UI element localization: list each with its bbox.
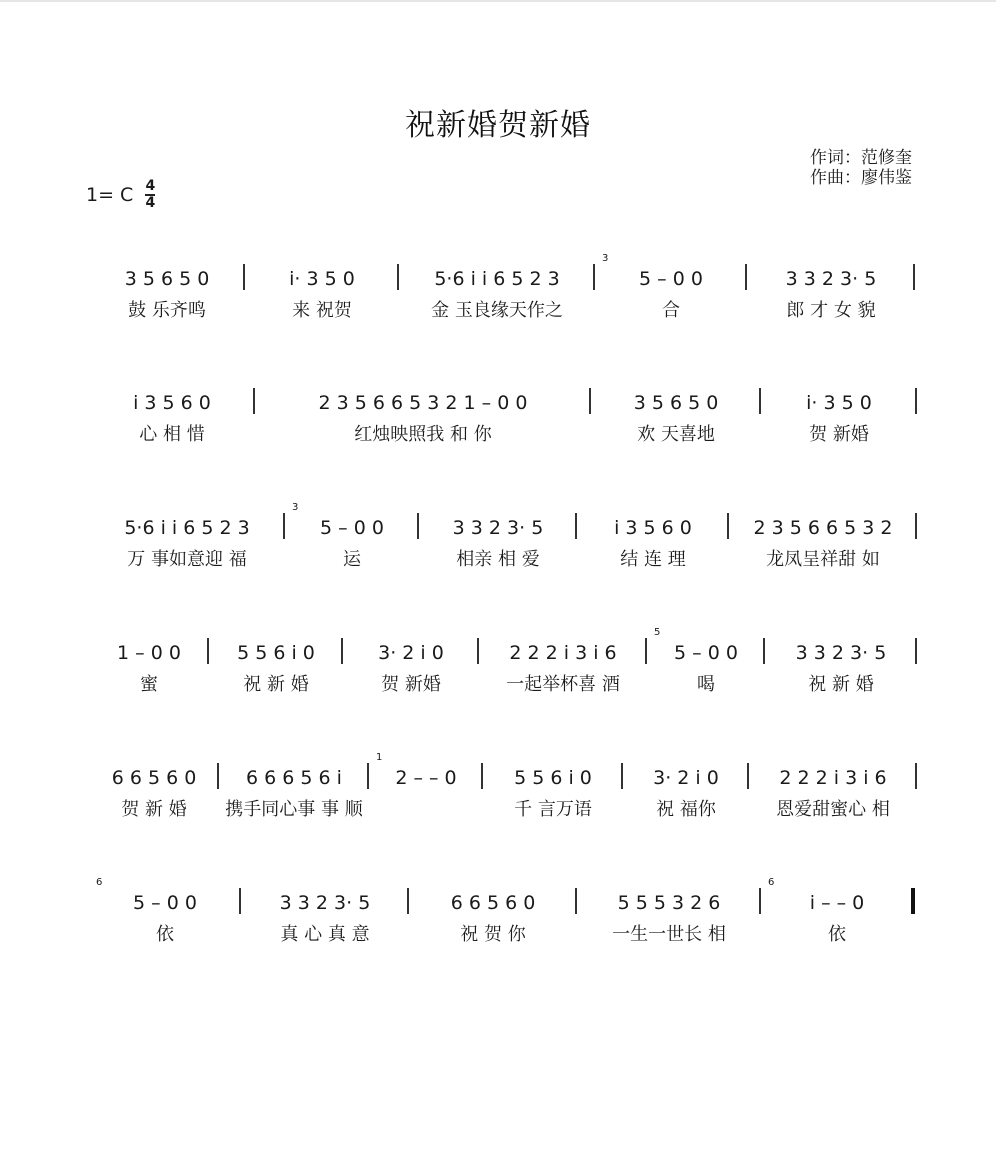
measure-notes: 5 5 6 i 0 <box>486 765 620 789</box>
top-border <box>0 0 996 2</box>
system-3: 5·6 i i 6 5 2 3万 事如意迎 福5 – 0 03运3 3 2 3·… <box>0 497 996 577</box>
measure-lyrics: 依 <box>92 920 238 944</box>
system-4: 1 – 0 0蜜5 5 6 i 0祝 新 婚3· 2 i 0贺 新婚2 2 2 … <box>0 622 996 702</box>
barline <box>763 638 765 664</box>
measure-lyrics <box>372 795 480 819</box>
barline <box>747 763 749 789</box>
measure-lyrics: 贺 新 婚 <box>92 795 216 819</box>
barline <box>621 763 623 789</box>
measure-notes: 5 – 0 0 <box>598 266 744 290</box>
measure-lyrics: 一起举杯喜 酒 <box>482 670 644 694</box>
measure-notes: 2 2 2 i 3 i 6 <box>752 765 914 789</box>
measure-notes: 2 3 5 6 6 5 3 2 <box>732 515 914 539</box>
measure-lyrics: 欢 天喜地 <box>594 420 758 444</box>
measure: 3 3 2 3· 5真 心 真 意 <box>244 872 406 952</box>
barline <box>253 388 255 414</box>
measure-notes: 3 3 2 3· 5 <box>244 890 406 914</box>
measure: 6 6 5 6 0祝 贺 你 <box>412 872 574 952</box>
measure-notes: 3 3 2 3· 5 <box>750 266 912 290</box>
barline <box>481 763 483 789</box>
measure-notes: 2 3 5 6 6 5 3 2 1 – 0 0 <box>258 390 588 414</box>
measure-lyrics: 贺 新婚 <box>346 670 476 694</box>
barline <box>645 638 647 664</box>
measure: 5 5 6 i 0祝 新 婚 <box>212 622 340 702</box>
measure-notes: 3· 2 i 0 <box>346 640 476 664</box>
measure-notes: 5·6 i i 6 5 2 3 <box>402 266 592 290</box>
barline <box>589 388 591 414</box>
barline <box>575 513 577 539</box>
measure: 3 5 6 5 0鼓 乐齐鸣 <box>92 248 242 328</box>
measure: 5 – 0 03合 <box>598 248 744 328</box>
measure-lyrics: 祝 福你 <box>626 795 746 819</box>
measure-lyrics: 金 玉良缘天作之 <box>402 296 592 320</box>
measure-notes: i 3 5 6 0 <box>92 390 252 414</box>
measure-lyrics: 红烛映照我 和 你 <box>258 420 588 444</box>
key-label: 1= C <box>86 184 133 206</box>
system-1: 3 5 6 5 0鼓 乐齐鸣i· 3 5 0来 祝贺5·6 i i 6 5 2 … <box>0 248 996 328</box>
measure-notes: 5 – 0 0 <box>288 515 416 539</box>
measure-lyrics: 相亲 相 爱 <box>422 545 574 569</box>
grace-note: 3 <box>602 254 608 264</box>
measure: 3· 2 i 0贺 新婚 <box>346 622 476 702</box>
lyricist-credit: 作词：范修奎 <box>810 148 912 168</box>
measure-notes: 5·6 i i 6 5 2 3 <box>92 515 282 539</box>
measure-notes: 5 – 0 0 <box>650 640 762 664</box>
measure-lyrics: 蜜 <box>92 670 206 694</box>
measure-notes: 3 5 6 5 0 <box>594 390 758 414</box>
measure: 3 3 2 3· 5郎 才 女 貌 <box>750 248 912 328</box>
measure-notes: 5 5 5 3 2 6 <box>580 890 758 914</box>
composer-credit: 作曲：廖伟鉴 <box>810 168 912 188</box>
final-barline <box>911 888 915 914</box>
barline <box>243 264 245 290</box>
measure-lyrics: 祝 贺 你 <box>412 920 574 944</box>
time-signature: 4 4 <box>145 180 155 210</box>
measure-lyrics: 郎 才 女 貌 <box>750 296 912 320</box>
grace-note: 3 <box>292 503 298 513</box>
measure-notes: 5 5 6 i 0 <box>212 640 340 664</box>
measure: 5 5 6 i 0千 言万语 <box>486 747 620 827</box>
measure-lyrics: 贺 新婚 <box>764 420 914 444</box>
score-title: 祝新婚贺新婚 <box>0 100 996 144</box>
measure-notes: i – – 0 <box>764 890 910 914</box>
measure: i· 3 5 0来 祝贺 <box>248 248 396 328</box>
measure-lyrics: 恩爱甜蜜心 相 <box>752 795 914 819</box>
measure: 5 – 0 05喝 <box>650 622 762 702</box>
measure-notes: 3· 2 i 0 <box>626 765 746 789</box>
measure: 1 – 0 0蜜 <box>92 622 206 702</box>
grace-note: 6 <box>96 878 102 888</box>
measure-notes: 3 3 2 3· 5 <box>422 515 574 539</box>
measure-notes: i· 3 5 0 <box>248 266 396 290</box>
barline <box>477 638 479 664</box>
measure: 2 2 2 i 3 i 6恩爱甜蜜心 相 <box>752 747 914 827</box>
grace-note: 5 <box>654 628 660 638</box>
barline <box>207 638 209 664</box>
barline <box>575 888 577 914</box>
key-signature: 1= C 4 4 <box>86 180 155 210</box>
measure-notes: i 3 5 6 0 <box>580 515 726 539</box>
measure-lyrics: 万 事如意迎 福 <box>92 545 282 569</box>
barline <box>367 763 369 789</box>
measure: 6 6 5 6 0贺 新 婚 <box>92 747 216 827</box>
measure-lyrics: 祝 新 婚 <box>212 670 340 694</box>
measure-notes: 2 – – 0 <box>372 765 480 789</box>
system-6: 5 – 0 06依3 3 2 3· 5真 心 真 意6 6 5 6 0祝 贺 你… <box>0 872 996 952</box>
measure-lyrics: 龙凤呈祥甜 如 <box>732 545 914 569</box>
measure-notes: 3 5 6 5 0 <box>92 266 242 290</box>
barline <box>745 264 747 290</box>
measure-notes: 6 6 5 6 0 <box>92 765 216 789</box>
barline <box>239 888 241 914</box>
measure-notes: 1 – 0 0 <box>92 640 206 664</box>
barline <box>915 388 917 414</box>
measure: i 3 5 6 0结 连 理 <box>580 497 726 577</box>
measure-lyrics: 依 <box>764 920 910 944</box>
measure-lyrics: 来 祝贺 <box>248 296 396 320</box>
grace-note: 1 <box>376 753 382 763</box>
measure-notes: 6 6 5 6 0 <box>412 890 574 914</box>
barline <box>915 763 917 789</box>
measure-notes: 5 – 0 0 <box>92 890 238 914</box>
barline <box>913 264 915 290</box>
measure: 2 3 5 6 6 5 3 2龙凤呈祥甜 如 <box>732 497 914 577</box>
measure: 3· 2 i 0祝 福你 <box>626 747 746 827</box>
measure: 5·6 i i 6 5 2 3万 事如意迎 福 <box>92 497 282 577</box>
system-2: i 3 5 6 0心 相 惜2 3 5 6 6 5 3 2 1 – 0 0红烛映… <box>0 372 996 452</box>
measure: 2 3 5 6 6 5 3 2 1 – 0 0红烛映照我 和 你 <box>258 372 588 452</box>
barline <box>727 513 729 539</box>
barline <box>341 638 343 664</box>
barline <box>417 513 419 539</box>
measure: 3 5 6 5 0欢 天喜地 <box>594 372 758 452</box>
barline <box>759 388 761 414</box>
measure: 6 6 6 5 6 i携手同心事 事 顺 <box>222 747 366 827</box>
measure: 5 – 0 03运 <box>288 497 416 577</box>
measure: 5·6 i i 6 5 2 3金 玉良缘天作之 <box>402 248 592 328</box>
measure-lyrics: 合 <box>598 296 744 320</box>
measure-lyrics: 喝 <box>650 670 762 694</box>
measure-lyrics: 鼓 乐齐鸣 <box>92 296 242 320</box>
measure: 2 – – 01 <box>372 747 480 827</box>
barline <box>915 638 917 664</box>
measure-notes: 2 2 2 i 3 i 6 <box>482 640 644 664</box>
measure: i· 3 5 0贺 新婚 <box>764 372 914 452</box>
measure-lyrics: 一生一世长 相 <box>580 920 758 944</box>
measure-lyrics: 携手同心事 事 顺 <box>222 795 366 819</box>
measure: 5 – 0 06依 <box>92 872 238 952</box>
measure-notes: 6 6 6 5 6 i <box>222 765 366 789</box>
barline <box>759 888 761 914</box>
system-5: 6 6 5 6 0贺 新 婚6 6 6 5 6 i携手同心事 事 顺2 – – … <box>0 747 996 827</box>
measure: 2 2 2 i 3 i 6一起举杯喜 酒 <box>482 622 644 702</box>
measure: 3 3 2 3· 5祝 新 婚 <box>768 622 914 702</box>
credits: 作词：范修奎 作曲：廖伟鉴 <box>810 148 912 188</box>
measure-lyrics: 结 连 理 <box>580 545 726 569</box>
barline <box>283 513 285 539</box>
barline <box>915 513 917 539</box>
measure: 5 5 5 3 2 6一生一世长 相 <box>580 872 758 952</box>
grace-note: 6 <box>768 878 774 888</box>
measure-lyrics: 心 相 惜 <box>92 420 252 444</box>
barline <box>217 763 219 789</box>
barline <box>397 264 399 290</box>
measure: 3 3 2 3· 5相亲 相 爱 <box>422 497 574 577</box>
barline <box>407 888 409 914</box>
time-denominator: 4 <box>145 197 155 210</box>
measure-lyrics: 祝 新 婚 <box>768 670 914 694</box>
measure: i 3 5 6 0心 相 惜 <box>92 372 252 452</box>
measure-lyrics: 真 心 真 意 <box>244 920 406 944</box>
measure-lyrics: 千 言万语 <box>486 795 620 819</box>
measure-notes: 3 3 2 3· 5 <box>768 640 914 664</box>
measure: i – – 06依 <box>764 872 910 952</box>
time-numerator: 4 <box>145 180 155 193</box>
barline <box>593 264 595 290</box>
measure-lyrics: 运 <box>288 545 416 569</box>
measure-notes: i· 3 5 0 <box>764 390 914 414</box>
